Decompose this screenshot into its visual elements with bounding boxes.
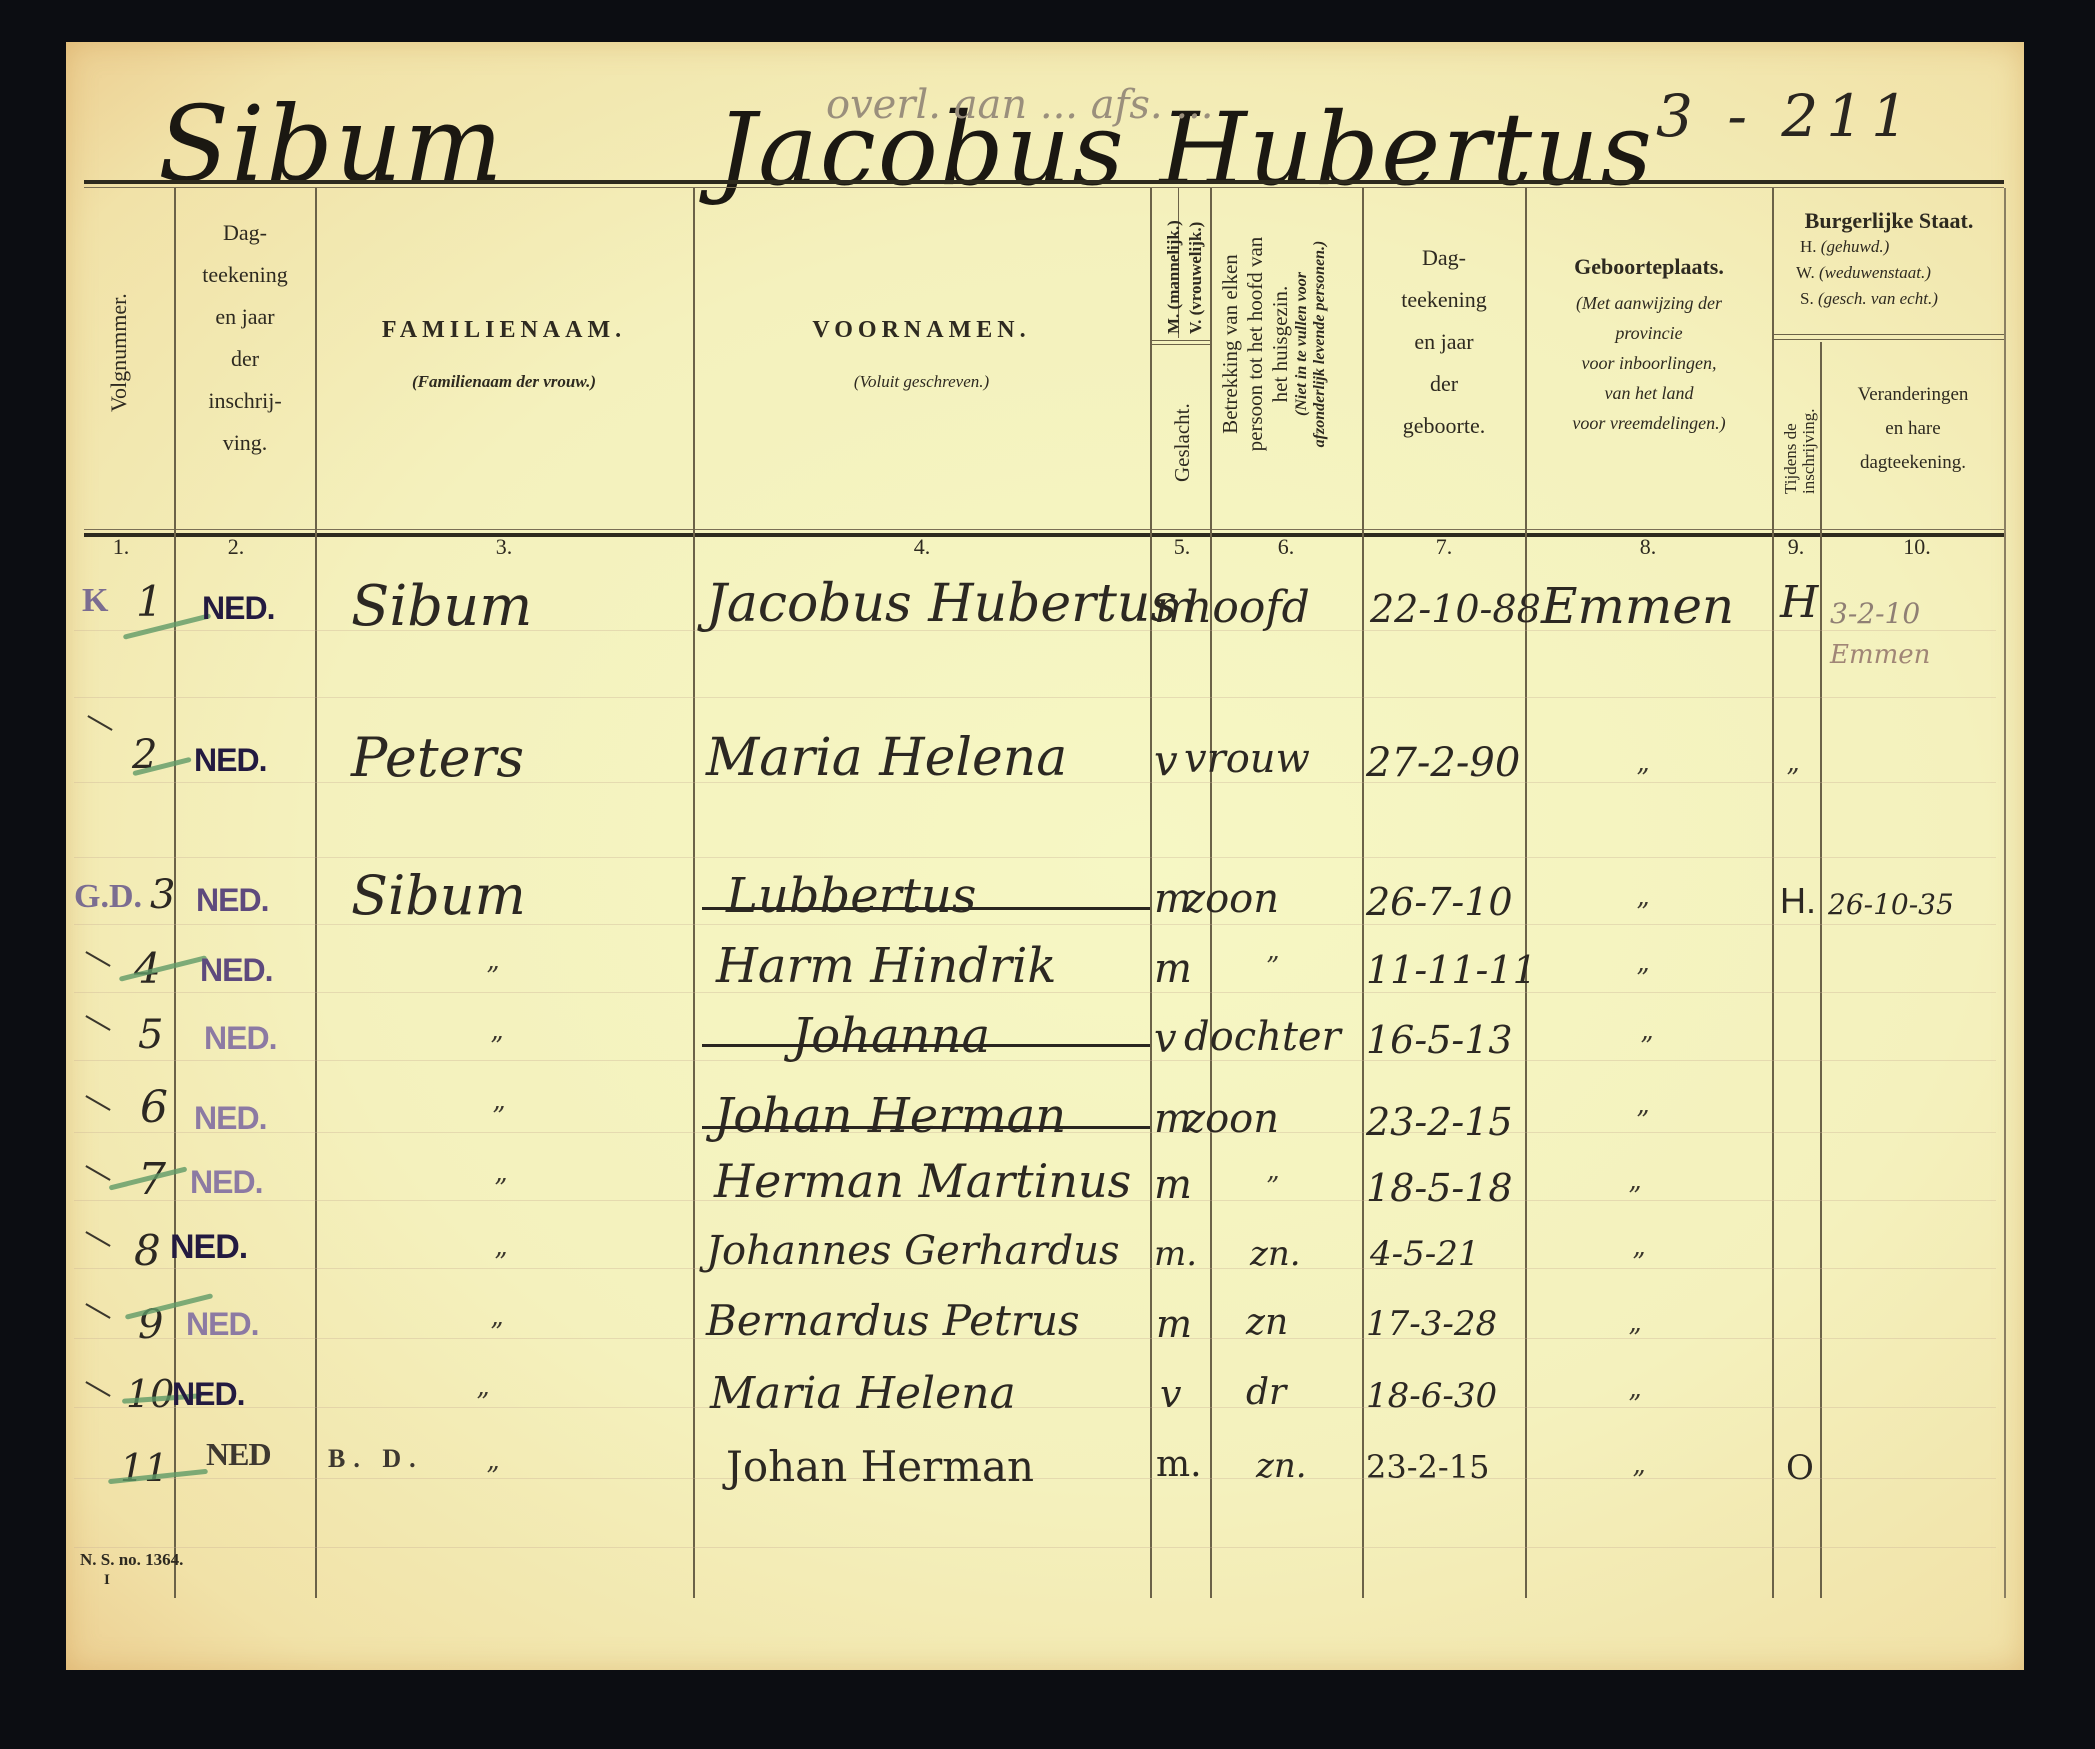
colnum-5: 5. xyxy=(1162,534,1202,560)
registration-card: Sibum Jacobus Hubertus overl. aan ... af… xyxy=(66,42,2024,1670)
col-line-3 xyxy=(693,188,695,1598)
surname-ditto: ” xyxy=(490,1318,503,1348)
header-sex-m: M. (mannelijk.) xyxy=(1164,220,1184,334)
sex-divider xyxy=(1150,340,1210,341)
birth-place-ditto: ” xyxy=(1628,1324,1641,1354)
relation: zn. xyxy=(1256,1446,1307,1486)
row-number: 6 xyxy=(140,1082,168,1133)
change-date: 3-2-10 xyxy=(1830,597,1920,630)
pencil-note: overl. aan ... afs. ... xyxy=(826,82,1213,128)
header-volgnummer: Volgnummer. xyxy=(106,293,132,412)
relation: dr xyxy=(1246,1372,1286,1413)
row-number: 3 xyxy=(150,872,175,918)
given-names: Jacobus Hubertus xyxy=(706,574,1177,634)
given-names: Johannes Gerhardus xyxy=(706,1228,1120,1274)
given-names: Harm Hindrik xyxy=(716,938,1056,994)
surname-ditto: ” xyxy=(494,1174,507,1204)
birth-date: 18-5-18 xyxy=(1366,1166,1513,1210)
sex: m. xyxy=(1154,1234,1197,1274)
given-names: Maria Helena xyxy=(706,728,1067,788)
relation: zn xyxy=(1246,1302,1288,1343)
col-line-8 xyxy=(1772,188,1774,1598)
birth-date: 23-2-15 xyxy=(1366,1100,1513,1144)
surname-ditto: ” xyxy=(494,1248,507,1278)
col-line-9 xyxy=(1820,342,1822,1598)
sex: m xyxy=(1154,946,1192,992)
surname: Sibum xyxy=(351,574,532,639)
surname-ditto: ” xyxy=(486,962,499,992)
row-number: 5 xyxy=(138,1012,163,1058)
surname: Peters xyxy=(351,726,524,789)
title-rule xyxy=(84,180,2004,184)
header-rule xyxy=(84,533,2004,537)
colnum-2: 2. xyxy=(216,534,256,560)
relation: zoon xyxy=(1184,876,1279,922)
given-names: Maria Helena xyxy=(710,1368,1016,1419)
civil-divider-1 xyxy=(1772,334,2004,335)
row-prefix: K xyxy=(82,582,108,620)
birth-date: 23-2-15 xyxy=(1366,1448,1489,1486)
header-dagteekening-inschrijving: Dag- teekening en jaar der inschrij- vin… xyxy=(176,212,314,464)
header-burgerlijke-staat: Burgerlijke Staat. H. (gehuwd.) W. (wedu… xyxy=(1774,208,2004,312)
header-voornamen: VOORNAMEN. (Voluit geschreven.) xyxy=(694,317,1149,392)
civil-status: O xyxy=(1786,1448,1814,1488)
header-rule-thin xyxy=(84,529,2004,530)
row-number: 10 xyxy=(126,1372,174,1416)
nationality-stamp: NED. xyxy=(200,952,272,989)
birth-date: 16-5-13 xyxy=(1366,1018,1513,1062)
birth-place: Emmen xyxy=(1541,577,1734,635)
given-names: Bernardus Petrus xyxy=(706,1296,1080,1345)
birth-date: 17-3-28 xyxy=(1366,1304,1497,1344)
colnum-10: 10. xyxy=(1892,534,1942,560)
colnum-8: 8. xyxy=(1628,534,1668,560)
birth-date: 11-11-11 xyxy=(1366,948,1537,992)
birth-date: 4-5-21 xyxy=(1370,1234,1480,1274)
birth-place-ditto: ” xyxy=(1636,964,1649,994)
nationality-stamp: NED. xyxy=(204,1020,276,1057)
header-dagteekening-geboorte: Dag- teekening en jaar der geboorte. xyxy=(1363,237,1525,447)
birth-place-ditto: ” xyxy=(1632,1248,1645,1278)
header-betrekking: Betrekking van elken persoon tot het hoo… xyxy=(1218,184,1329,504)
given-names: Johan Herman xyxy=(726,1442,1034,1491)
relation: zoon xyxy=(1184,1096,1279,1142)
colnum-6: 6. xyxy=(1266,534,1306,560)
birth-place-ditto: ” xyxy=(1636,898,1649,928)
reference-number: 3 - 211 xyxy=(1656,82,1916,150)
row-number: 1 xyxy=(136,577,163,626)
surname-ditto: ” xyxy=(476,1388,489,1418)
change-note: Emmen xyxy=(1830,640,1930,670)
nationality-stamp: NED. xyxy=(186,1306,258,1343)
civil-status: H. xyxy=(1780,880,1816,922)
header-familienaam: FAMILIENAAM. (Familienaam der vrouw.) xyxy=(316,317,692,392)
sex: v xyxy=(1160,1372,1181,1416)
sex: m xyxy=(1154,1162,1192,1208)
given-names: Herman Martinus xyxy=(714,1154,1131,1208)
relation-ditto: ” xyxy=(1266,952,1279,982)
nationality-stamp: NED. xyxy=(196,882,268,919)
bd-stamp: B. D. xyxy=(328,1444,424,1474)
surname-ditto: ” xyxy=(492,1102,505,1132)
civil-status: H xyxy=(1780,577,1818,628)
birth-place-ditto: ” xyxy=(1640,1032,1653,1062)
surname: Sibum xyxy=(351,864,526,927)
birth-place-ditto: ” xyxy=(1628,1390,1641,1420)
sex: m. xyxy=(1156,1444,1202,1485)
row-prefix: G.D. xyxy=(74,878,142,916)
header-veranderingen: Veranderingen en hare dagteekening. xyxy=(1822,378,2004,480)
colnum-4: 4. xyxy=(902,534,942,560)
header-geslacht: Geslacht. xyxy=(1170,403,1195,482)
birth-place-ditto: ” xyxy=(1632,1466,1645,1496)
header-sex-v: V. (vrouwelijk.) xyxy=(1186,222,1206,334)
colnum-3: 3. xyxy=(484,534,524,560)
birth-place-ditto: ” xyxy=(1636,764,1649,794)
col-line-right xyxy=(2004,188,2006,1598)
given-names: Lubbertus xyxy=(726,868,976,924)
surname-ditto: ” xyxy=(486,1462,499,1492)
given-names: Johan Herman xyxy=(714,1088,1066,1144)
col-line-4 xyxy=(1150,188,1152,1598)
sex: v xyxy=(1154,1016,1177,1062)
col-line-2 xyxy=(315,188,317,1598)
row-number: 8 xyxy=(134,1226,161,1275)
sex: m xyxy=(1156,1302,1192,1346)
sex: v xyxy=(1154,736,1178,785)
nationality-stamp: NED. xyxy=(194,742,266,779)
civil-status-ditto: ” xyxy=(1786,764,1799,794)
surname-ditto: ” xyxy=(490,1032,503,1062)
nationality-stamp: NED xyxy=(206,1436,271,1473)
nationality-stamp: NED. xyxy=(190,1164,262,1201)
relation: vrouw xyxy=(1184,736,1310,782)
relation: zn. xyxy=(1250,1234,1301,1274)
row-number: 11 xyxy=(120,1446,168,1490)
birth-date: 27-2-90 xyxy=(1366,740,1520,786)
form-number: N. S. no. 1364. xyxy=(80,1550,183,1570)
birth-place-ditto: ” xyxy=(1636,1106,1649,1136)
colnum-9: 9. xyxy=(1776,534,1816,560)
nationality-stamp: NED. xyxy=(172,1376,244,1413)
header-geboorteplaats: Geboorteplaats. (Met aanwijzing der prov… xyxy=(1526,254,1772,438)
sex-divider-2 xyxy=(1150,344,1210,345)
civil-divider-2 xyxy=(1772,339,2004,340)
birth-date: 26-7-10 xyxy=(1366,880,1513,924)
change-date: 26-10-35 xyxy=(1828,888,1954,921)
header-tijdens-inschrijving: Tijdens de inschrijving. xyxy=(1782,409,1818,494)
birth-date: 22-10-88 xyxy=(1370,587,1541,631)
colnum-7: 7. xyxy=(1424,534,1464,560)
birth-date: 18-6-30 xyxy=(1366,1376,1497,1416)
relation-ditto: ” xyxy=(1266,1172,1279,1202)
nationality-stamp: NED. xyxy=(194,1100,266,1137)
form-sub: I xyxy=(104,1572,110,1589)
birth-place-ditto: ” xyxy=(1628,1182,1641,1212)
nationality-stamp: NED. xyxy=(170,1228,247,1267)
given-names: Johanna xyxy=(792,1008,990,1064)
relation: hoofd xyxy=(1184,582,1310,633)
relation: dochter xyxy=(1184,1014,1341,1060)
colnum-1: 1. xyxy=(106,534,136,560)
title-rule-thin xyxy=(84,187,2004,188)
nationality-stamp: NED. xyxy=(202,590,274,627)
